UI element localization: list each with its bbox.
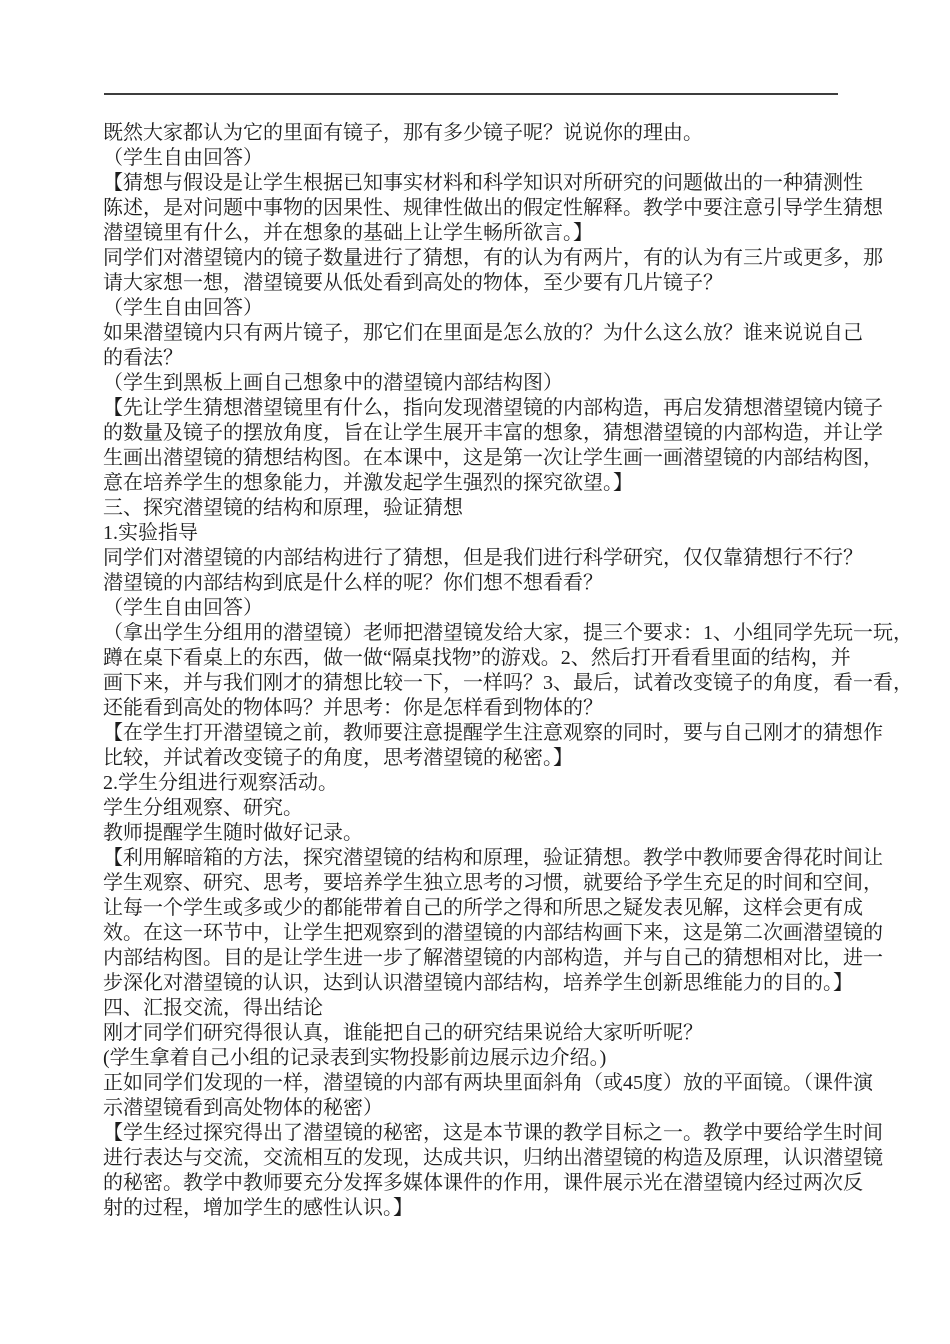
- text-line: 【在学生打开潜望镜之前，教师要注意提醒学生注意观察的同时，要与自己刚才的猜想作: [103, 721, 851, 746]
- text-line: 效。在这一环节中，让学生把观察到的潜望镜的内部结构画下来，这是第二次画潜望镜的: [103, 921, 851, 946]
- text-line: （学生自由回答）: [103, 146, 851, 171]
- text-line: 意在培养学生的想象能力，并激发起学生强烈的探究欲望。】: [103, 471, 851, 496]
- text-line: 生画出潜望镜的猜想结构图。在本课中，这是第一次让学生画一画潜望镜的内部结构图，: [103, 446, 851, 471]
- text-line: 请大家想一想，潜望镜要从低处看到高处的物体，至少要有几片镜子？: [103, 271, 851, 296]
- text-line: 潜望镜里有什么，并在想象的基础上让学生畅所欲言。】: [103, 221, 851, 246]
- text-line: 【学生经过探究得出了潜望镜的秘密，这是本节课的教学目标之一。教学中要给学生时间: [103, 1121, 851, 1146]
- text-line: 2.学生分组进行观察活动。: [103, 771, 851, 796]
- text-line: 既然大家都认为它的里面有镜子，那有多少镜子呢？说说你的理由。: [103, 121, 851, 146]
- text-line: 如果潜望镜内只有两片镜子，那它们在里面是怎么放的？为什么这么放？谁来说说自己: [103, 321, 851, 346]
- text-line: 【先让学生猜想潜望镜里有什么，指向发现潜望镜的内部构造，再启发猜想潜望镜内镜子: [103, 396, 851, 421]
- text-line: （学生到黑板上画自己想象中的潜望镜内部结构图）: [103, 371, 851, 396]
- text-line: 的数量及镜子的摆放角度，旨在让学生展开丰富的想象，猜想潜望镜的内部构造，并让学: [103, 421, 851, 446]
- text-line: 的秘密。教学中教师要充分发挥多媒体课件的作用，课件展示光在潜望镜内经过两次反: [103, 1171, 851, 1196]
- text-line: 教师提醒学生随时做好记录。: [103, 821, 851, 846]
- text-line: 步深化对潜望镜的认识，达到认识潜望镜内部结构，培养学生创新思维能力的目的。】: [103, 971, 851, 996]
- header-rule: [104, 93, 838, 95]
- text-line: 陈述，是对问题中事物的因果性、规律性做出的假定性解释。教学中要注意引导学生猜想: [103, 196, 851, 221]
- text-line: (学生拿着自己小组的记录表到实物投影前边展示边介绍。): [103, 1046, 851, 1071]
- text-line: 四、汇报交流，得出结论: [103, 996, 851, 1021]
- text-line: 1.实验指导: [103, 521, 851, 546]
- text-line: 还能看到高处的物体吗？并思考：你是怎样看到物体的？: [103, 696, 851, 721]
- text-line: （拿出学生分组用的潜望镜）老师把潜望镜发给大家，提三个要求：1、小组同学先玩一玩…: [103, 621, 851, 646]
- text-line: 潜望镜的内部结构到底是什么样的呢？你们想不想看看？: [103, 571, 851, 596]
- text-line: 【利用解暗箱的方法，探究潜望镜的结构和原理，验证猜想。教学中教师要舍得花时间让: [103, 846, 851, 871]
- document-body: 既然大家都认为它的里面有镜子，那有多少镜子呢？说说你的理由。（学生自由回答）【猜…: [103, 121, 851, 1221]
- text-line: 的看法？: [103, 346, 851, 371]
- text-line: 进行表达与交流，交流相互的发现，达成共识，归纳出潜望镜的构造及原理，认识潜望镜: [103, 1146, 851, 1171]
- text-line: （学生自由回答）: [103, 296, 851, 321]
- text-line: （学生自由回答）: [103, 596, 851, 621]
- text-line: 同学们对潜望镜的内部结构进行了猜想，但是我们进行科学研究，仅仅靠猜想行不行？: [103, 546, 851, 571]
- document-page: 既然大家都认为它的里面有镜子，那有多少镜子呢？说说你的理由。（学生自由回答）【猜…: [0, 0, 950, 1344]
- text-line: 学生观察、研究、思考，要培养学生独立思考的习惯，就要给予学生充足的时间和空间，: [103, 871, 851, 896]
- text-line: 学生分组观察、研究。: [103, 796, 851, 821]
- text-line: 刚才同学们研究得很认真，谁能把自己的研究结果说给大家听听呢？: [103, 1021, 851, 1046]
- text-line: 同学们对潜望镜内的镜子数量进行了猜想，有的认为有两片，有的认为有三片或更多，那: [103, 246, 851, 271]
- text-line: 正如同学们发现的一样，潜望镜的内部有两块里面斜角（或45度）放的平面镜。（课件演: [103, 1071, 851, 1096]
- text-line: 让每一个学生或多或少的都能带着自己的所学之得和所思之疑发表见解，这样会更有成: [103, 896, 851, 921]
- text-line: 射的过程，增加学生的感性认识。】: [103, 1196, 851, 1221]
- text-line: 画下来，并与我们刚才的猜想比较一下，一样吗？3、最后，试着改变镜子的角度，看一看…: [103, 671, 851, 696]
- text-line: 蹲在桌下看桌上的东西，做一做“隔桌找物”的游戏。2、然后打开看看里面的结构，并: [103, 646, 851, 671]
- text-line: 【猜想与假设是让学生根据已知事实材料和科学知识对所研究的问题做出的一种猜测性: [103, 171, 851, 196]
- text-line: 示潜望镜看到高处物体的秘密）: [103, 1096, 851, 1121]
- text-line: 内部结构图。目的是让学生进一步了解潜望镜的内部构造，并与自己的猜想相对比，进一: [103, 946, 851, 971]
- text-line: 比较，并试着改变镜子的角度，思考潜望镜的秘密。】: [103, 746, 851, 771]
- text-line: 三、探究潜望镜的结构和原理，验证猜想: [103, 496, 851, 521]
